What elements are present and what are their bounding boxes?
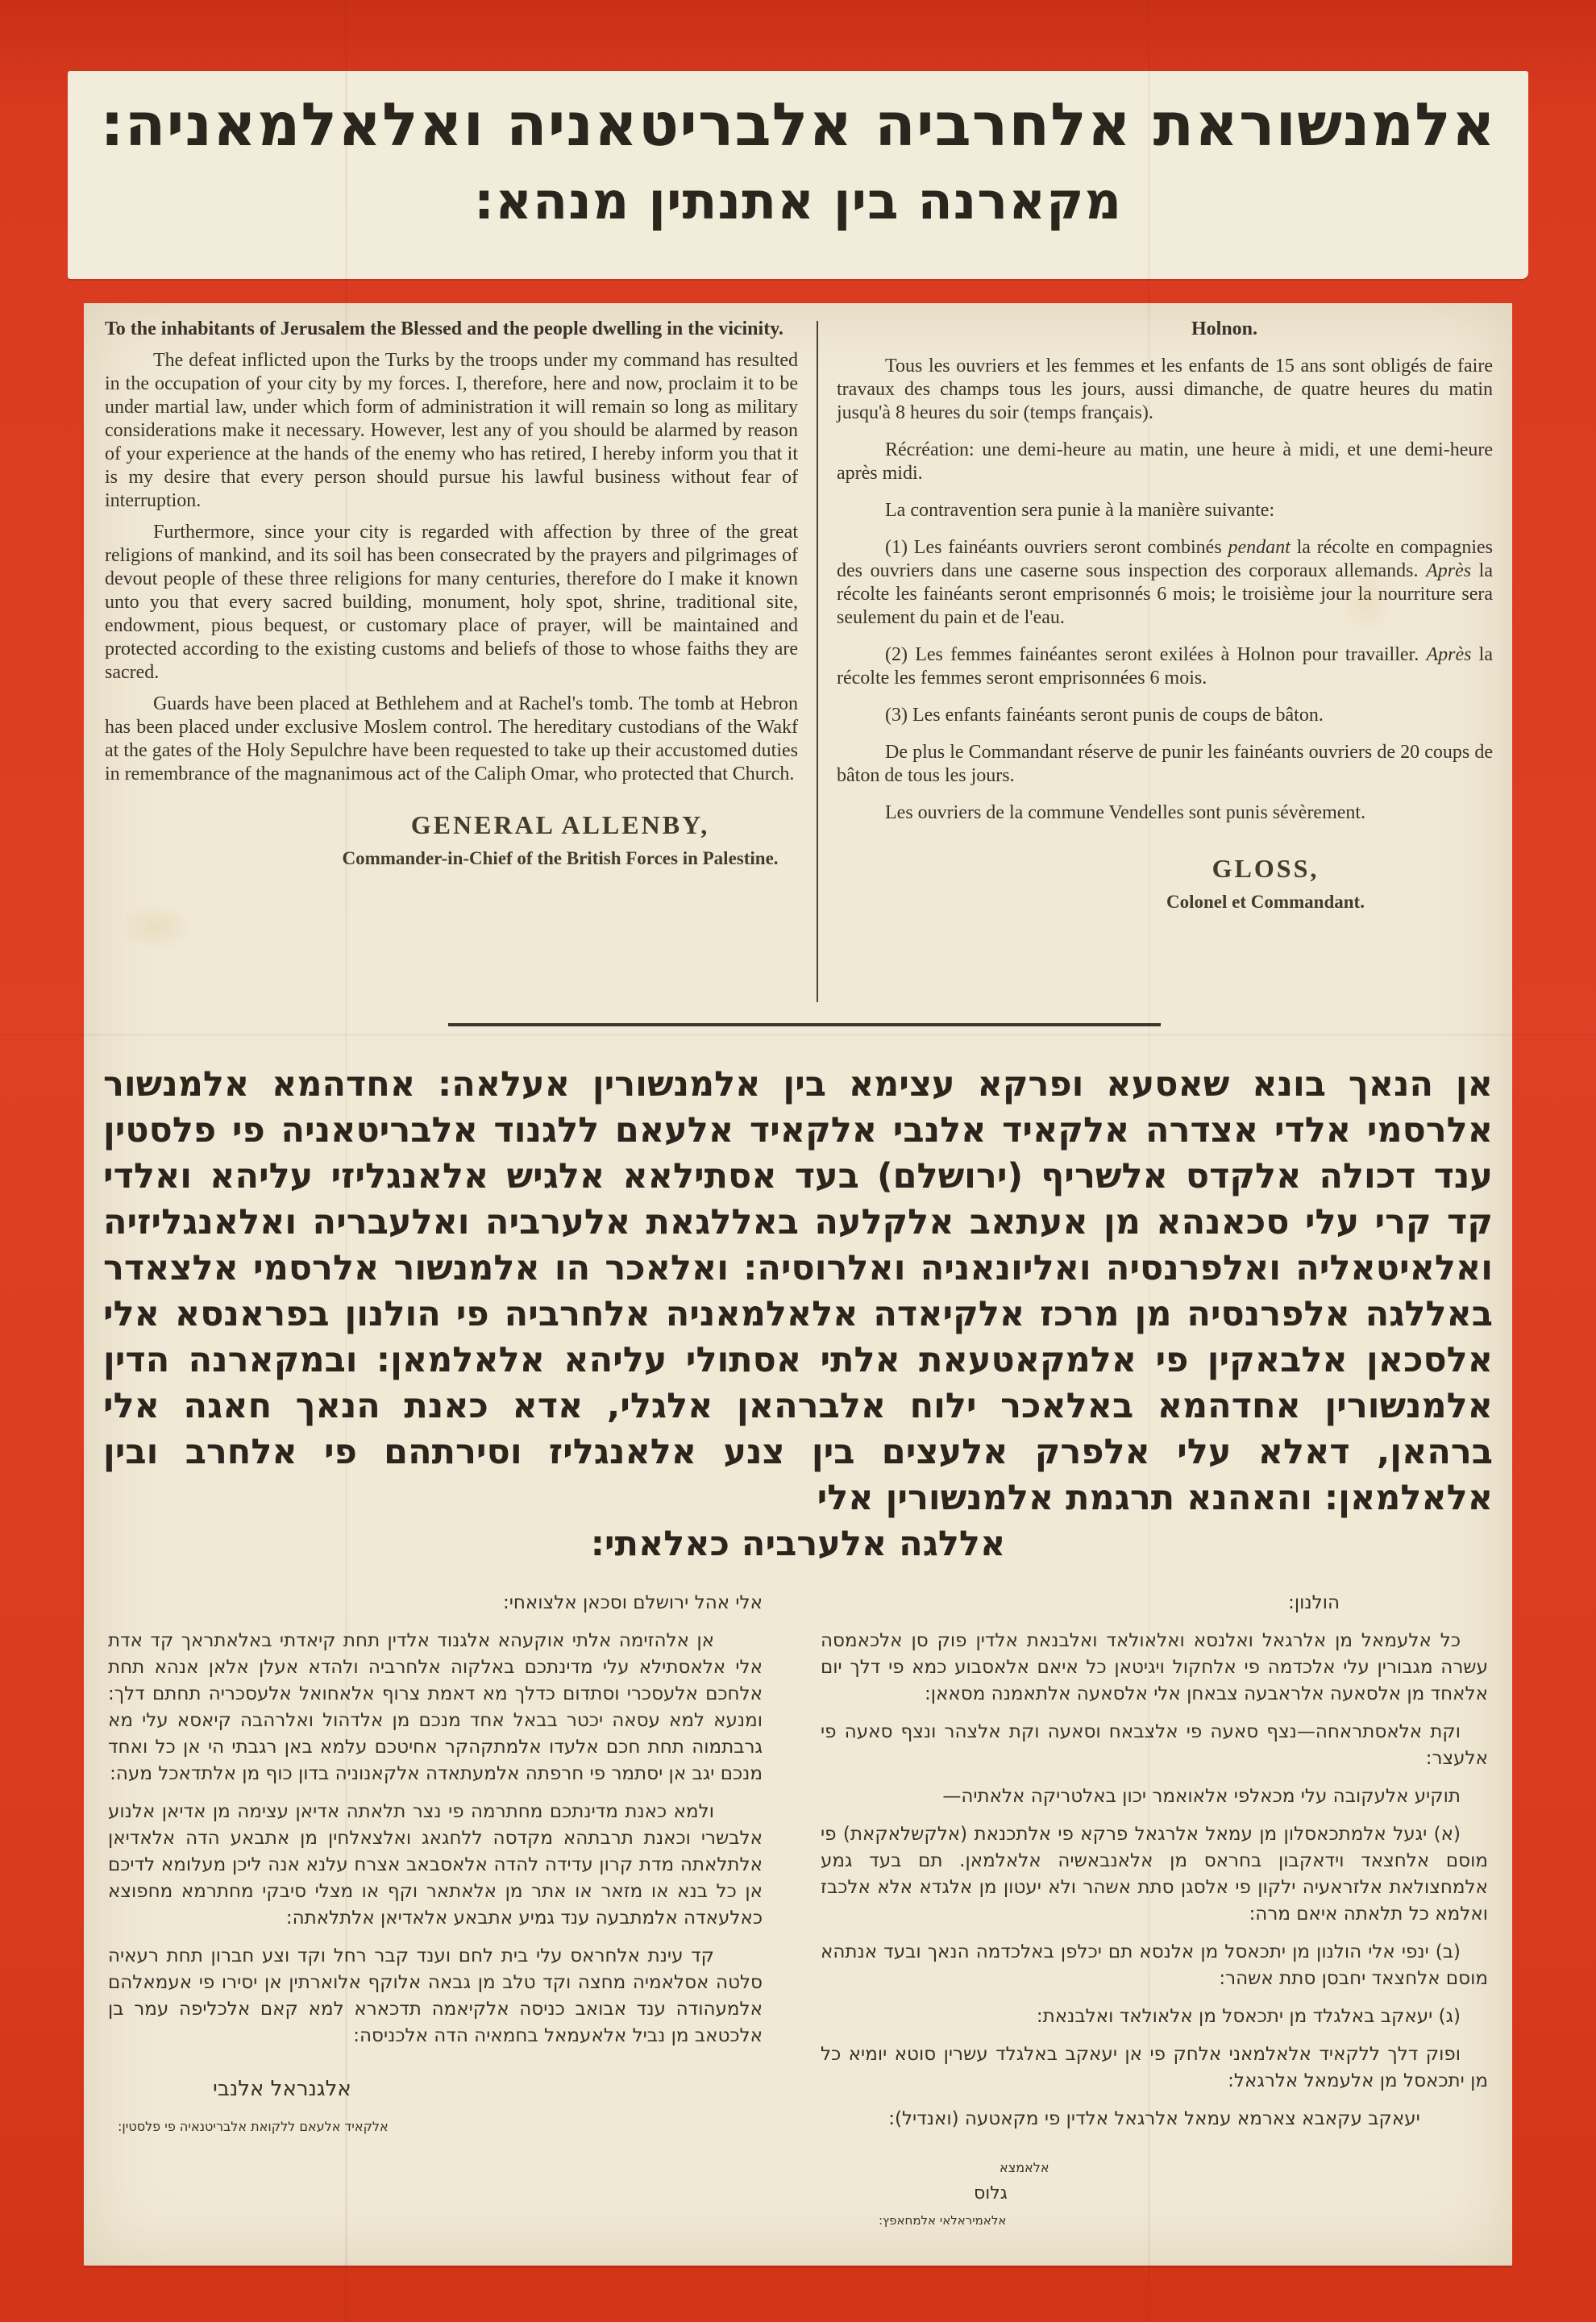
column-gap <box>798 318 837 913</box>
judeo-arabic-gloss-signature-label: אלאמצא <box>821 2160 1488 2175</box>
judeo-arabic-gloss-paragraph: (א) יגעל אלמתכאסלון מן עמאל אלרגאל פרקא … <box>821 1821 1488 1928</box>
english-signature: GENERAL ALLENBY, <box>322 810 798 840</box>
english-proclamation: To the inhabitants of Jerusalem the Bles… <box>105 318 798 913</box>
judeo-arabic-gloss-paragraph: תוקיע אלעקובה עלי מכאלפי אלאואמר יכון בא… <box>821 1783 1488 1810</box>
english-signature-block: GENERAL ALLENBY, Commander-in-Chief of t… <box>105 810 798 869</box>
judeo-arabic-allenby-heading: אלי אהל ירושלם וסכאן אלצואחי: <box>108 1590 763 1617</box>
judeo-arabic-gloss-heading: הולנון: <box>821 1590 1488 1617</box>
english-heading: To the inhabitants of Jerusalem the Bles… <box>105 318 798 341</box>
headline-band: אלמנשוראת אלחרביה אלבריטאניה ואלאלמאניה:… <box>68 71 1528 279</box>
judeo-arabic-allenby-section: אלי אהל ירושלם וסכאן אלצואחי: אן אלהזימה… <box>108 1590 763 2228</box>
french-paragraph: Tous les ouvriers et les femmes et les e… <box>837 355 1493 425</box>
french-paragraph: (3) Les enfants fainéants seront punis d… <box>837 704 1493 727</box>
judeo-arabic-allenby-signature-title: אלקאיד אלעאם ללקואת אלבריטנאיה פי פלסטין… <box>108 2119 763 2134</box>
judeo-arabic-allenby-signature: אלגנראל אלנבי <box>108 2077 763 2101</box>
judeo-arabic-gloss-paragraph: ופוק דלך ללקאיד אלאלמאני אלחק פי אן יעאק… <box>821 2041 1488 2095</box>
judeo-arabic-gloss-paragraph: (ג) יעאקב באלגלד מן יתכאסל מן אלאולאד וא… <box>821 2004 1488 2030</box>
latin-columns: To the inhabitants of Jerusalem the Bles… <box>105 318 1493 913</box>
french-signature: GLOSS, <box>1038 854 1493 884</box>
french-paragraphs: Tous les ouvriers et les femmes et les e… <box>837 355 1493 825</box>
document-sheet: To the inhabitants of Jerusalem the Bles… <box>84 303 1512 2266</box>
judeo-arabic-intro-paragraph: אן הנאך בונא שאסעא ופרקא עצימא בין אלמנש… <box>103 1062 1493 1521</box>
french-paragraph: De plus le Commandant réserve de punir l… <box>837 741 1493 788</box>
judeo-arabic-gloss-signature-title: אלאמיראלאי אלמחאפץ: <box>821 2213 1488 2228</box>
judeo-arabic-gloss-paragraph: כל אלעמאל מן אלרגאל ואלנסא ואלאולאד ואלב… <box>821 1628 1488 1708</box>
headline-line-1: אלמנשוראת אלחרביה אלבריטאניה ואלאלמאניה: <box>68 95 1528 155</box>
paragraph: Guards have been placed at Bethlehem and… <box>105 693 798 786</box>
english-signature-title: Commander-in-Chief of the British Forces… <box>322 848 798 869</box>
judeo-arabic-allenby-paragraph: ולמא כאנת מדינתכם מחתרמה פי נצר תלאתה אד… <box>108 1799 763 1932</box>
judeo-arabic-intro-section: אן הנאך בונא שאסעא ופרקא עצימא בין אלמנש… <box>103 1062 1493 1567</box>
judeo-arabic-allenby-signature-block: אלגנראל אלנבי אלקאיד אלעאם ללקואת אלבריט… <box>108 2077 763 2134</box>
judeo-arabic-intro-last-line: אללגה אלערביה כאלאתי: <box>103 1521 1493 1567</box>
judeo-arabic-gloss-section: הולנון: כל אלעמאל מן אלרגאל ואלנסא ואלאו… <box>821 1590 1488 2228</box>
headline-line-2: מקארנה בין אתנתין מנהא: <box>68 176 1528 227</box>
french-signature-block: GLOSS, Colonel et Commandant. <box>837 854 1493 913</box>
paragraph: Furthermore, since your city is regarded… <box>105 521 798 685</box>
judeo-arabic-gloss-paragraph: יעאקב עקאבא צארמא עמאל אלרגאל אלדין פי מ… <box>821 2106 1488 2133</box>
french-paragraph: (2) Les femmes fainéantes seront exilées… <box>837 643 1493 690</box>
judeo-arabic-allenby-paragraphs: אן אלהזימה אלתי אוקעהא אלגנוד אלדין תחת … <box>108 1628 763 2049</box>
section-divider-rule <box>448 1023 1161 1026</box>
judeo-arabic-columns: אלי אהל ירושלם וסכאן אלצואחי: אן אלהזימה… <box>108 1590 1488 2228</box>
french-paragraph: Les ouvriers de la commune Vendelles son… <box>837 801 1493 825</box>
french-heading: Holnon. <box>837 318 1493 341</box>
judeo-arabic-allenby-paragraph: קד עינת אלחראס עלי בית לחם וענד קבר רחל … <box>108 1943 763 2049</box>
judeo-arabic-gloss-signature: גלוס <box>821 2183 1488 2203</box>
judeo-arabic-gloss-paragraph: (ב) ינפי אלי הולנון מן יתכאסל מן אלנסא ת… <box>821 1939 1488 1992</box>
poster-background: אלמנשוראת אלחרביה אלבריטאניה ואלאלמאניה:… <box>0 0 1596 2322</box>
vertical-rule <box>817 321 818 1002</box>
judeo-arabic-allenby-paragraph: אן אלהזימה אלתי אוקעהא אלגנוד אלדין תחת … <box>108 1628 763 1787</box>
english-paragraphs: The defeat inflicted upon the Turks by t… <box>105 349 798 786</box>
french-paragraph: La contravention sera punie à la manière… <box>837 499 1493 522</box>
judeo-arabic-gloss-paragraphs: כל אלעמאל מן אלרגאל ואלנסא ואלאולאד ואלב… <box>821 1628 1488 2133</box>
french-paragraph: Récréation: une demi-heure au matin, une… <box>837 439 1493 485</box>
judeo-arabic-gloss-paragraph: וקת אלאסתראחה—נצף סאעה פי אלצבאח וסאעה ו… <box>821 1719 1488 1772</box>
french-paragraph: (1) Les fainéants ouvriers seront combin… <box>837 536 1493 630</box>
paragraph: The defeat inflicted upon the Turks by t… <box>105 349 798 513</box>
french-proclamation: Holnon. Tous les ouvriers et les femmes … <box>837 318 1493 913</box>
french-signature-title: Colonel et Commandant. <box>1038 892 1493 913</box>
judeo-arabic-gloss-signature-block: אלאמצא גלוס אלאמיראלאי אלמחאפץ: <box>821 2160 1488 2228</box>
